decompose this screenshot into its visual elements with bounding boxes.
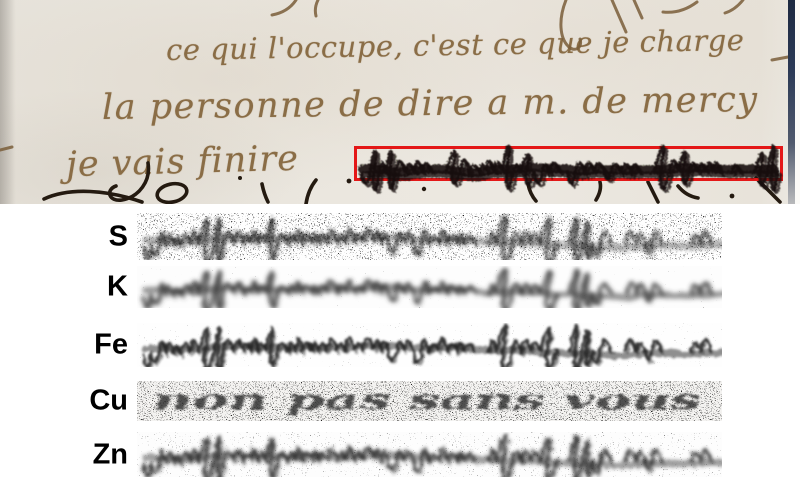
element-row-s: S <box>0 213 800 260</box>
handwriting-line-3: je vais finire <box>65 139 299 185</box>
redaction-highlight-box <box>354 146 783 181</box>
element-row-zn: Zn <box>0 432 800 477</box>
element-label-cu: Cu <box>46 385 128 418</box>
xrf-element-panel: S K Fe Cu non pas sans vous Zn <box>0 204 800 480</box>
redaction-scribble <box>353 140 789 190</box>
element-row-fe: Fe <box>0 323 800 367</box>
handwriting-line-1: ce qui l'occupe, c'est ce que je charge <box>166 23 745 67</box>
xrf-map-strip-zn <box>137 432 722 477</box>
photo-margin <box>795 0 800 204</box>
element-label-fe: Fe <box>46 329 128 362</box>
figure-redacted-letter-xrf: ce qui l'occupe, c'est ce que je charge … <box>0 0 800 480</box>
xrf-map-strip-fe <box>137 323 722 367</box>
xrf-map-strip-cu: non pas sans vous <box>137 381 722 421</box>
xrf-map-strip-k <box>137 266 722 308</box>
handwriting-line-2: la personne de dire a m. de mercy <box>102 80 759 128</box>
element-label-k: K <box>46 271 128 304</box>
manuscript-photo: ce qui l'occupe, c'est ce que je charge … <box>0 0 800 204</box>
element-label-s: S <box>46 220 128 253</box>
photo-edge-line <box>788 0 795 204</box>
xrf-map-strip-s <box>137 213 722 260</box>
element-label-zn: Zn <box>46 438 128 471</box>
cu-revealed-text: non pas sans vous <box>153 383 701 415</box>
element-row-k: K <box>0 266 800 308</box>
element-row-cu: Cu non pas sans vous <box>0 381 800 421</box>
